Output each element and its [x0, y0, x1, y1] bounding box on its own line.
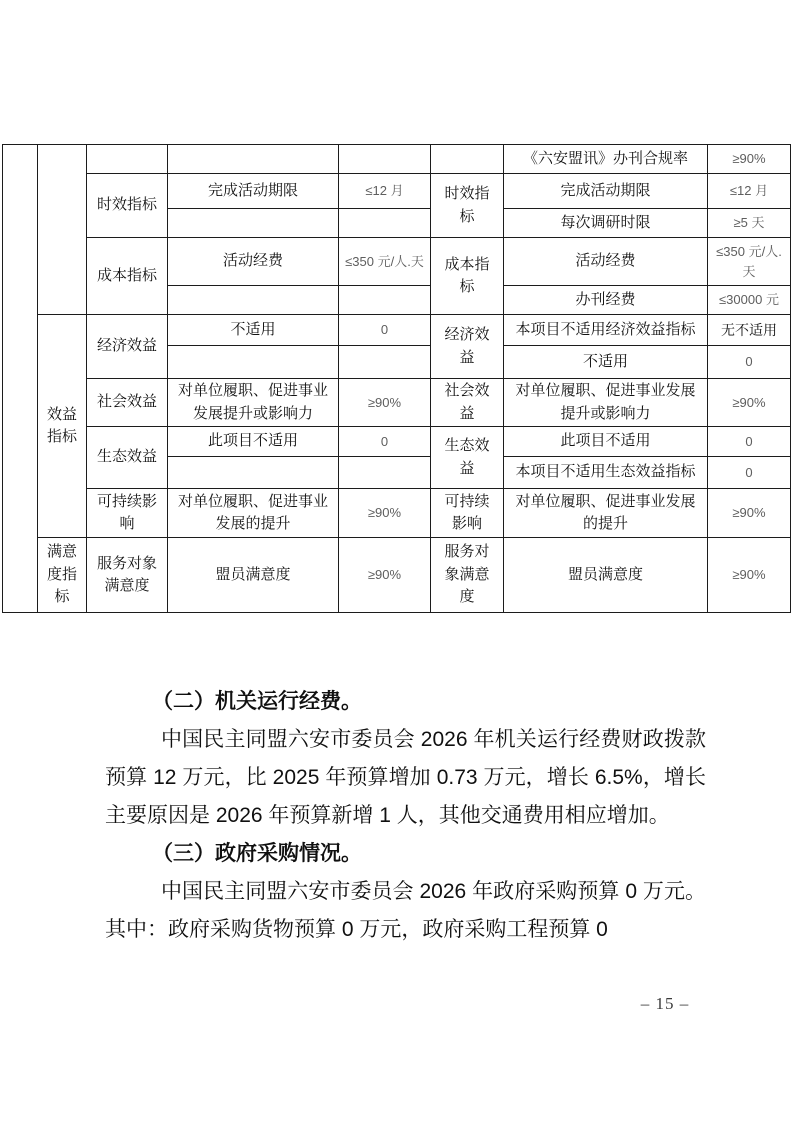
- page-number: – 15 –: [615, 994, 715, 1014]
- indicator-category-cell: 时效指标: [87, 174, 168, 238]
- indicator-category-cell: 成本指标: [87, 238, 168, 315]
- indicator-category-cell: 服务对象满意度: [87, 538, 168, 613]
- indicator-value-cell: 0: [708, 346, 791, 379]
- indicator-value-cell: ≥90%: [708, 538, 791, 613]
- indicator-name-cell: 本项目不适用经济效益指标: [504, 315, 708, 346]
- indicator-category-cell: 时效指标: [431, 174, 504, 238]
- indicator-name-cell: 完成活动期限: [168, 174, 339, 209]
- indicator-category-cell: 服务对象满意度: [431, 538, 504, 613]
- indicator-value-cell: ≤350 元/人.天: [339, 238, 431, 286]
- indicator-name-cell: 对单位履职、促进事业发展提升或影响力: [168, 379, 339, 427]
- table-row: 可持续影响对单位履职、促进事业发展的提升≥90%可持续影响对单位履职、促进事业发…: [3, 489, 791, 538]
- table-row: 成本指标活动经费≤350 元/人.天成本指标活动经费≤350 元/人.天: [3, 238, 791, 286]
- indicator-value-cell: ≤350 元/人.天: [708, 238, 791, 286]
- empty-cell: [339, 209, 431, 238]
- indicator-category-cell: 社会效益: [87, 379, 168, 427]
- indicator-category-cell: 经济效益: [87, 315, 168, 379]
- empty-cell: [431, 145, 504, 174]
- indicator-name-cell: 对单位履职、促进事业发展提升或影响力: [504, 379, 708, 427]
- indicator-name-cell: 活动经费: [504, 238, 708, 286]
- indicator-name-cell: 不适用: [504, 346, 708, 379]
- table-row: 满意度指标服务对象满意度盟员满意度≥90%服务对象满意度盟员满意度≥90%: [3, 538, 791, 613]
- empty-cell: [168, 209, 339, 238]
- indicator-value-cell: ≤12 月: [708, 174, 791, 209]
- section-heading-agency-operating-funds: （二）机关运行经费。: [105, 683, 706, 721]
- indicator-value-cell: 0: [339, 315, 431, 346]
- indicator-category-cell: 经济效益: [431, 315, 504, 379]
- indicator-name-cell: 每次调研时限: [504, 209, 708, 238]
- indicator-value-cell: ≥5 天: [708, 209, 791, 238]
- empty-cell: [87, 145, 168, 174]
- indicator-group-cell: 效益指标: [38, 315, 87, 538]
- indicator-value-cell: 无不适用: [708, 315, 791, 346]
- indicator-name-cell: 活动经费: [168, 238, 339, 286]
- indicator-value-cell: ≤30000 元: [708, 286, 791, 315]
- indicator-value-cell: 0: [339, 427, 431, 457]
- empty-cell: [168, 286, 339, 315]
- indicator-name-cell: 盟员满意度: [504, 538, 708, 613]
- indicator-value-cell: ≥90%: [339, 489, 431, 538]
- indicator-value-cell: ≥90%: [708, 489, 791, 538]
- indicator-value-cell: ≤12 月: [339, 174, 431, 209]
- indicator-name-cell: 对单位履职、促进事业发展的提升: [504, 489, 708, 538]
- indicator-category-cell: 社会效益: [431, 379, 504, 427]
- indicator-category-cell: 生态效益: [431, 427, 504, 489]
- indicator-value-cell: ≥90%: [708, 145, 791, 174]
- empty-cell: [168, 145, 339, 174]
- empty-cell: [168, 457, 339, 489]
- empty-cell: [3, 145, 38, 613]
- indicator-name-cell: 盟员满意度: [168, 538, 339, 613]
- paragraph-agency-operating-funds: 中国民主同盟六安市委员会 2026 年机关运行经费财政拨款预算 12 万元，比 …: [105, 721, 706, 835]
- paragraph-government-procurement: 中国民主同盟六安市委员会 2026 年政府采购预算 0 万元。其中：政府采购货物…: [105, 873, 706, 949]
- indicator-value-cell: ≥90%: [708, 379, 791, 427]
- indicator-name-cell: 此项目不适用: [504, 427, 708, 457]
- indicator-name-cell: 此项目不适用: [168, 427, 339, 457]
- indicator-value-cell: 0: [708, 457, 791, 489]
- indicator-category-cell: 生态效益: [87, 427, 168, 489]
- document-page: 《六安盟讯》办刊合规率≥90%时效指标完成活动期限≤12 月时效指标完成活动期限…: [0, 0, 793, 1122]
- indicator-name-cell: 完成活动期限: [504, 174, 708, 209]
- indicator-name-cell: 对单位履职、促进事业发展的提升: [168, 489, 339, 538]
- table-row: 生态效益此项目不适用0生态效益此项目不适用0: [3, 427, 791, 457]
- indicator-name-cell: 办刊经费: [504, 286, 708, 315]
- indicator-category-cell: 成本指标: [431, 238, 504, 315]
- indicator-name-cell: 《六安盟讯》办刊合规率: [504, 145, 708, 174]
- indicator-value-cell: ≥90%: [339, 538, 431, 613]
- section-heading-government-procurement: （三）政府采购情况。: [105, 835, 706, 873]
- indicator-value-cell: 0: [708, 427, 791, 457]
- indicator-group-cell: 满意度指标: [38, 538, 87, 613]
- table-row: 《六安盟讯》办刊合规率≥90%: [3, 145, 791, 174]
- table-row: 社会效益对单位履职、促进事业发展提升或影响力≥90%社会效益对单位履职、促进事业…: [3, 379, 791, 427]
- body-text-section: （二）机关运行经费。 中国民主同盟六安市委员会 2026 年机关运行经费财政拨款…: [105, 683, 706, 949]
- empty-cell: [339, 145, 431, 174]
- indicator-category-cell: 可持续影响: [87, 489, 168, 538]
- table-row: 时效指标完成活动期限≤12 月时效指标完成活动期限≤12 月: [3, 174, 791, 209]
- indicator-name-cell: 本项目不适用生态效益指标: [504, 457, 708, 489]
- indicator-name-cell: 不适用: [168, 315, 339, 346]
- empty-cell: [339, 346, 431, 379]
- empty-cell: [339, 286, 431, 315]
- indicator-category-cell: 可持续影响: [431, 489, 504, 538]
- indicator-value-cell: ≥90%: [339, 379, 431, 427]
- table-row: 效益指标经济效益不适用0经济效益本项目不适用经济效益指标无不适用: [3, 315, 791, 346]
- empty-cell: [38, 145, 87, 315]
- empty-cell: [339, 457, 431, 489]
- performance-indicators-table: 《六安盟讯》办刊合规率≥90%时效指标完成活动期限≤12 月时效指标完成活动期限…: [2, 144, 791, 613]
- empty-cell: [168, 346, 339, 379]
